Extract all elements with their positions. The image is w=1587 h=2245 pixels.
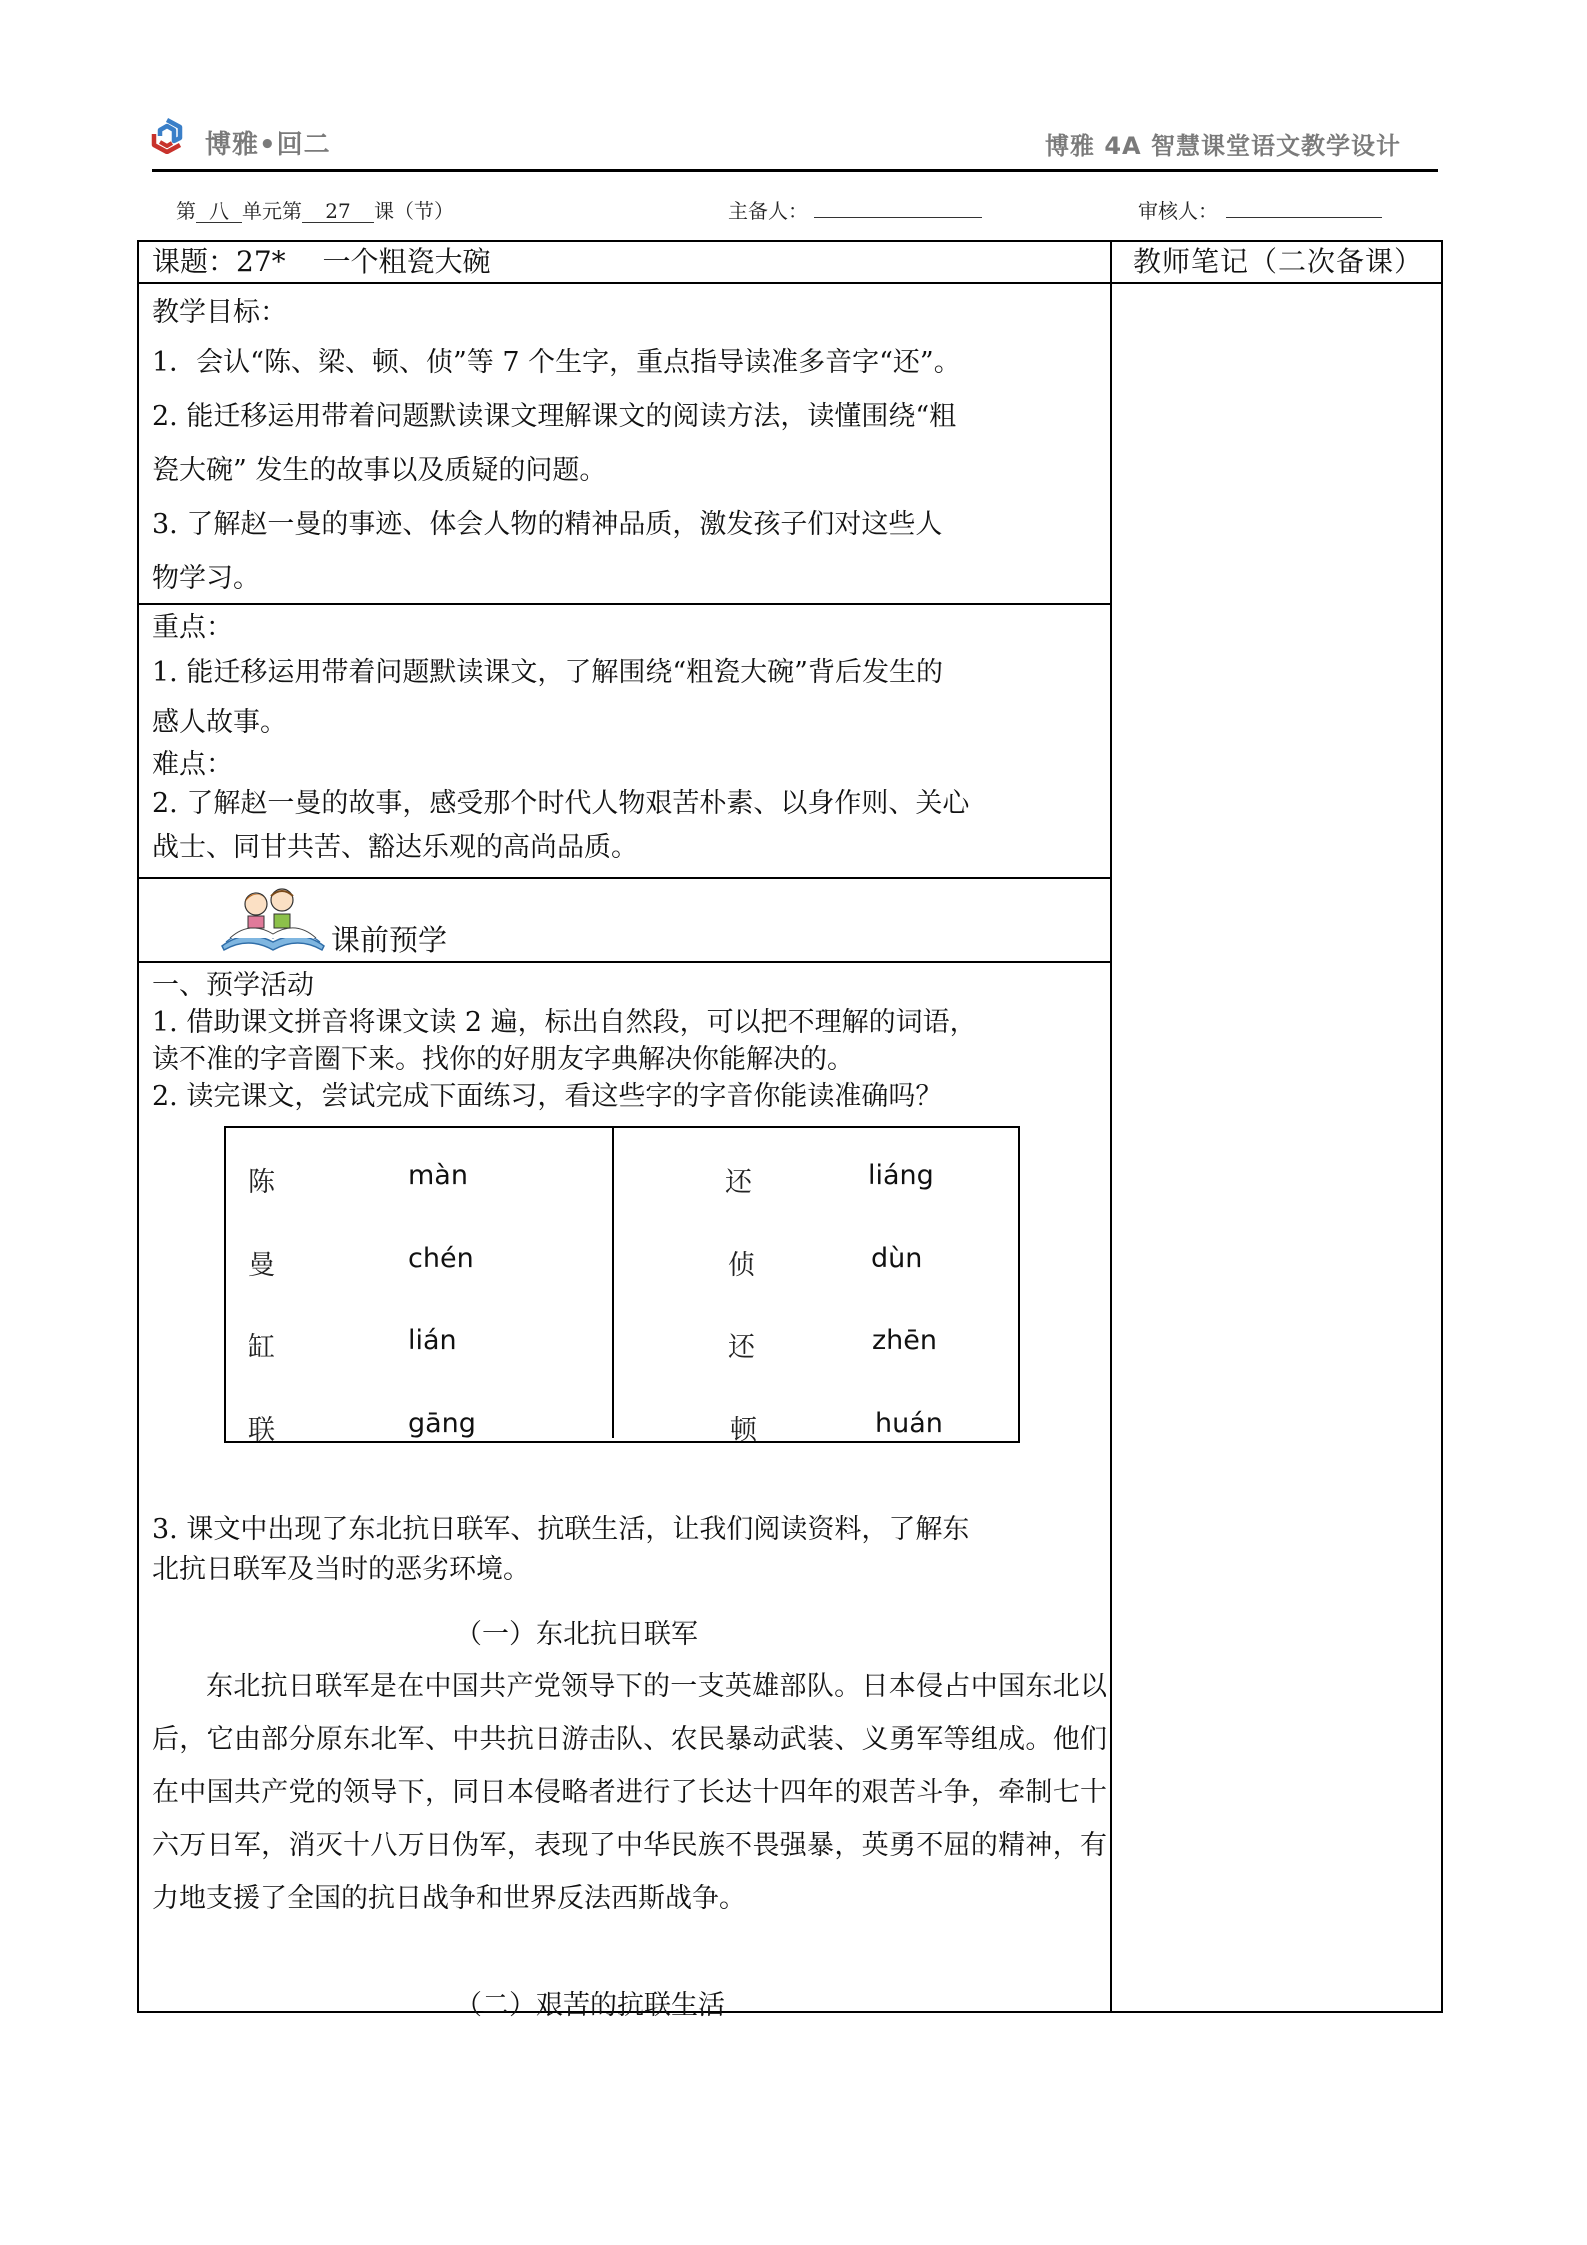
unit-prefix: 第	[176, 199, 196, 223]
objectives-heading: 教学目标：	[152, 290, 1107, 336]
header-divider	[152, 169, 1438, 172]
pinyin-option[interactable]: dùn	[871, 1243, 922, 1274]
prestudy-section-label: 课前预学	[331, 918, 447, 959]
difficulty-heading: 难点：	[152, 748, 1107, 782]
task-2: 2. 读完课文，尝试完成下面练习，看这些字的字音你能读准确吗？	[152, 1078, 1107, 1115]
unit-lesson-info: 第八单元第27课（节）	[176, 195, 454, 224]
objective-line: 1．会认“陈、梁、顿、侦”等 7 个生字，重点指导读准多音字“还”。	[152, 336, 1107, 390]
key-points: 重点： 1. 能迁移运用带着问题默读课文，了解围绕“粗瓷大碗”背后发生的 感人故…	[152, 608, 1107, 870]
objective-line: 2. 能迁移运用带着问题默读课文理解课文的阅读方法，读懂围绕“粗	[152, 390, 1107, 444]
pinyin-char: 顿	[730, 1408, 757, 1447]
notes-column-divider	[1110, 240, 1112, 2013]
pinyin-option[interactable]: chén	[408, 1243, 474, 1274]
task-3-line: 3. 课文中出现了东北抗日联军、抗联生活，让我们阅读资料，了解东	[152, 1510, 1107, 1550]
task-1-line: 1. 借助课文拼音将课文读 2 遍，标出自然段，可以把不理解的词语，	[152, 1004, 1107, 1041]
pinyin-char: 还	[725, 1160, 752, 1199]
reviewer-field[interactable]	[1226, 217, 1382, 218]
reading-1-title: （一）东北抗日联军	[455, 1612, 698, 1651]
pinyin-option[interactable]: màn	[408, 1160, 468, 1191]
prestudy-divider	[137, 961, 1112, 963]
pinyin-box-divider	[612, 1128, 614, 1438]
pinyin-char: 侦	[728, 1243, 755, 1282]
unit-mid: 单元第	[242, 199, 302, 223]
title-row-divider	[137, 282, 1443, 284]
difficulty-line: 2. 了解赵一曼的故事，感受那个时代人物艰苦朴素、以身作则、关心	[152, 782, 1107, 826]
pinyin-char: 还	[728, 1325, 755, 1364]
objective-line: 物学习。	[152, 552, 1107, 606]
preparer-field[interactable]	[814, 217, 982, 218]
preparer-label: 主备人：	[728, 199, 808, 223]
brand-logo-icon	[150, 118, 184, 154]
preparer-info: 主备人：	[728, 195, 982, 224]
reading-materials: 3. 课文中出现了东北抗日联军、抗联生活，让我们阅读资料，了解东 北抗日联军及当…	[152, 1510, 1107, 1590]
pinyin-option[interactable]: zhēn	[872, 1325, 937, 1356]
task-1-line: 读不准的字音圈下来。找你的好朋友字典解决你能解决的。	[152, 1041, 1107, 1078]
brand-name-left: 博雅•回二	[205, 124, 331, 161]
task-3-line: 北抗日联军及当时的恶劣环境。	[152, 1550, 1107, 1590]
keypoints-divider	[137, 877, 1112, 879]
reading-1-passage: 东北抗日联军是在中国共产党领导下的一支英雄部队。日本侵占中国东北以后，它由部分原…	[152, 1660, 1107, 1925]
teacher-notes-header: 教师笔记（二次备课）	[1133, 242, 1423, 282]
reviewer-info: 审核人：	[1138, 195, 1382, 224]
lesson-suffix: 课（节）	[374, 199, 454, 223]
prestudy-activities: 一、预学活动 1. 借助课文拼音将课文读 2 遍，标出自然段，可以把不理解的词语…	[152, 967, 1107, 1115]
reading-1-body: 东北抗日联军是在中国共产党领导下的一支英雄部队。日本侵占中国东北以后，它由部分原…	[152, 1660, 1107, 1925]
difficulty-line: 战士、同甘共苦、豁达乐观的高尚品质。	[152, 826, 1107, 870]
pinyin-char: 联	[248, 1408, 275, 1447]
activity-heading: 一、预学活动	[152, 967, 1107, 1004]
pinyin-char: 缸	[248, 1325, 275, 1364]
key-point-line: 感人故事。	[152, 698, 1107, 748]
lesson-title: 课题：27* 一个粗瓷大碗	[152, 242, 491, 282]
pinyin-option[interactable]: gāng	[408, 1408, 476, 1439]
key-point-line: 1. 能迁移运用带着问题默读课文，了解围绕“粗瓷大碗”背后发生的	[152, 648, 1107, 698]
pinyin-char: 曼	[248, 1243, 275, 1282]
pinyin-option[interactable]: liáng	[868, 1160, 934, 1191]
pinyin-option[interactable]: huán	[875, 1408, 943, 1439]
pinyin-option[interactable]: lián	[408, 1325, 457, 1356]
teaching-objectives: 教学目标： 1．会认“陈、梁、顿、侦”等 7 个生字，重点指导读准多音字“还”。…	[152, 290, 1107, 606]
kids-reading-book-illustration	[218, 884, 328, 954]
pinyin-char: 陈	[248, 1160, 275, 1199]
objective-line: 瓷大碗” 发生的故事以及质疑的问题。	[152, 444, 1107, 498]
objective-line: 3. 了解赵一曼的事迹、体会人物的精神品质，激发孩子们对这些人	[152, 498, 1107, 552]
lesson-number-field[interactable]: 27	[302, 200, 374, 223]
reviewer-label: 审核人：	[1138, 199, 1218, 223]
unit-number-field[interactable]: 八	[196, 200, 242, 223]
teacher-notes-area[interactable]	[1114, 285, 1440, 2010]
key-points-heading: 重点：	[152, 608, 1107, 648]
document-series-title: 博雅 4A 智慧课堂语文教学设计	[1045, 126, 1401, 161]
reading-2-title: （二）艰苦的抗联生活	[455, 1983, 725, 2022]
